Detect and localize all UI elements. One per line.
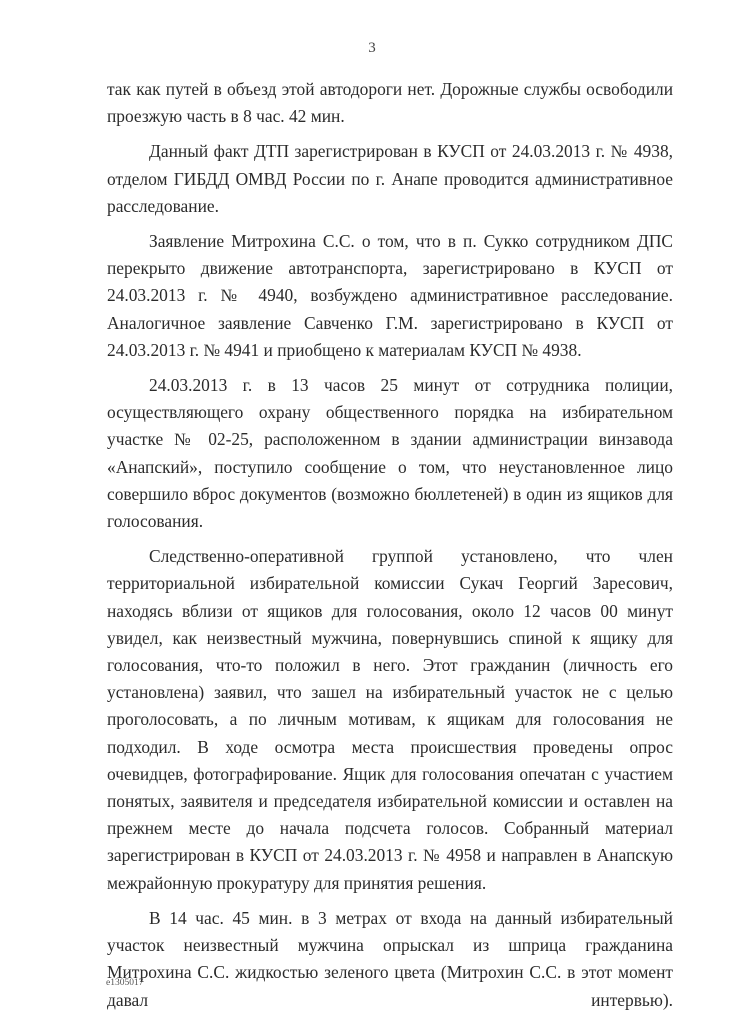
document-body: так как путей в объезд этой автодороги н…: [107, 76, 673, 1022]
paragraph-investigation-findings: Следственно-оперативной группой установл…: [107, 543, 673, 897]
page-number: 3: [0, 40, 744, 57]
paragraph-dtp-registration: Данный факт ДТП зарегистрирован в КУСП о…: [107, 138, 673, 220]
paragraph-ballot-stuffing-report: 24.03.2013 г. в 13 часов 25 минут от сот…: [107, 372, 673, 535]
document-code: e1305017: [106, 978, 143, 988]
paragraph-syringe-incident: В 14 час. 45 мин. в 3 метрах от входа на…: [107, 905, 673, 1014]
paragraph-mitrokhin-statement: Заявление Митрохина С.С. о том, что в п.…: [107, 228, 673, 364]
paragraph-continuation: так как путей в объезд этой автодороги н…: [107, 76, 673, 130]
